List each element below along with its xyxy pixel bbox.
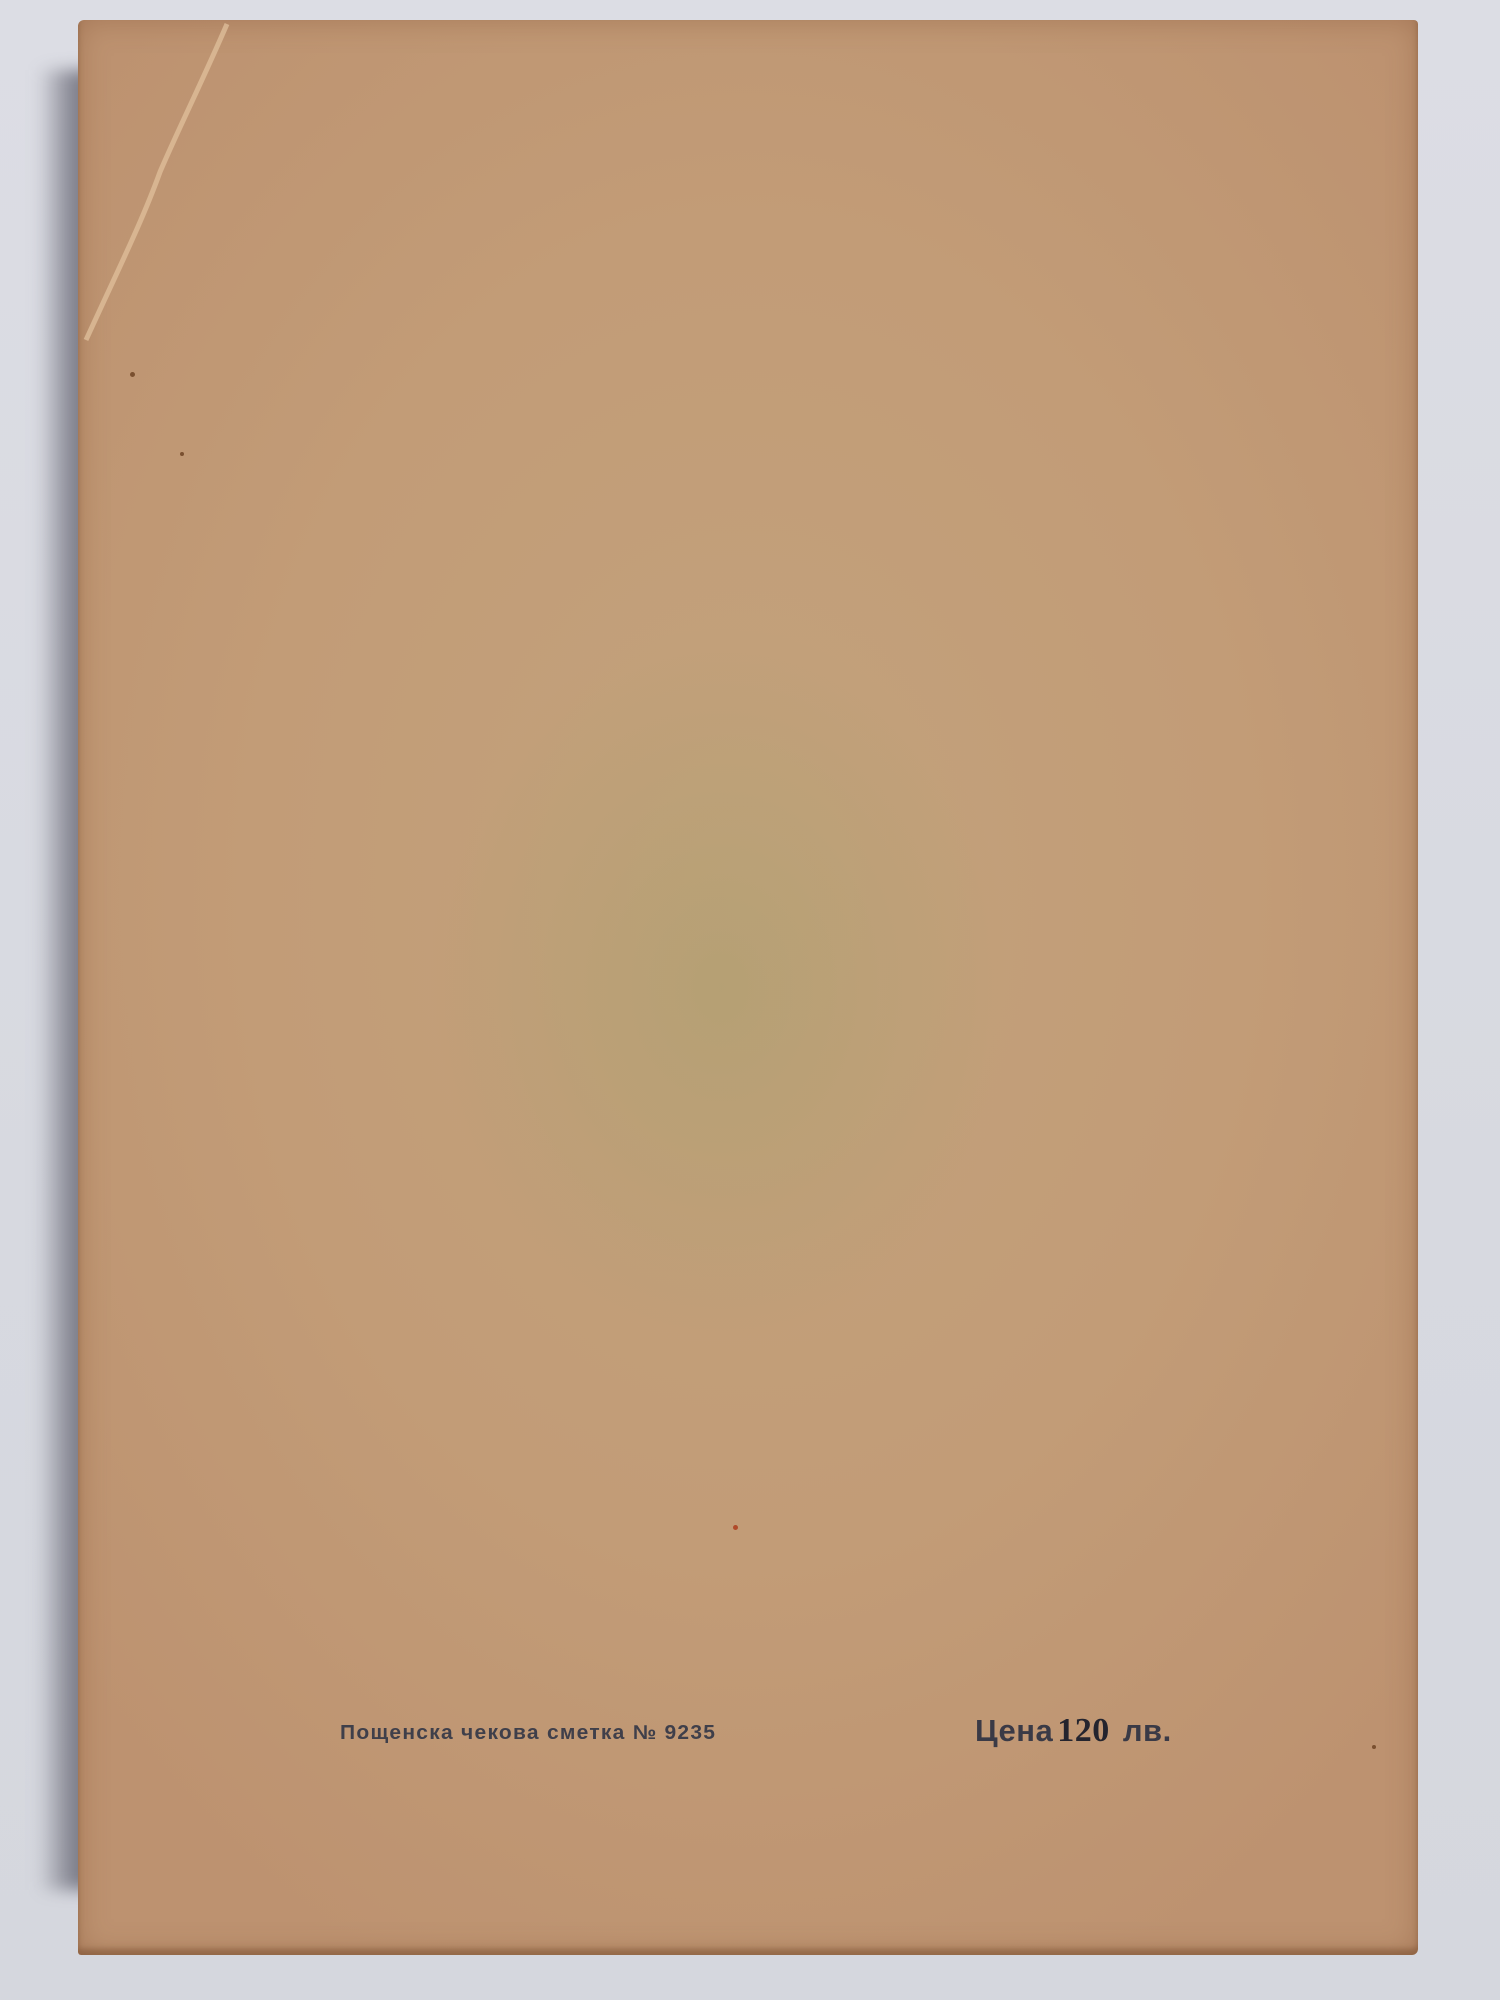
paper-speck	[1372, 1745, 1376, 1749]
book-back-cover	[78, 20, 1418, 1955]
price-word: Цена	[975, 1713, 1053, 1748]
price-currency: лв.	[1123, 1713, 1172, 1748]
postal-account-text: Пощенска чекова сметка № 9235	[340, 1722, 716, 1745]
paper-speck	[733, 1525, 738, 1530]
price-value: 120	[1057, 1712, 1110, 1749]
paper-speck	[180, 452, 184, 456]
paper-speck	[130, 372, 135, 377]
price-label: Цена120 лв.	[975, 1712, 1172, 1750]
